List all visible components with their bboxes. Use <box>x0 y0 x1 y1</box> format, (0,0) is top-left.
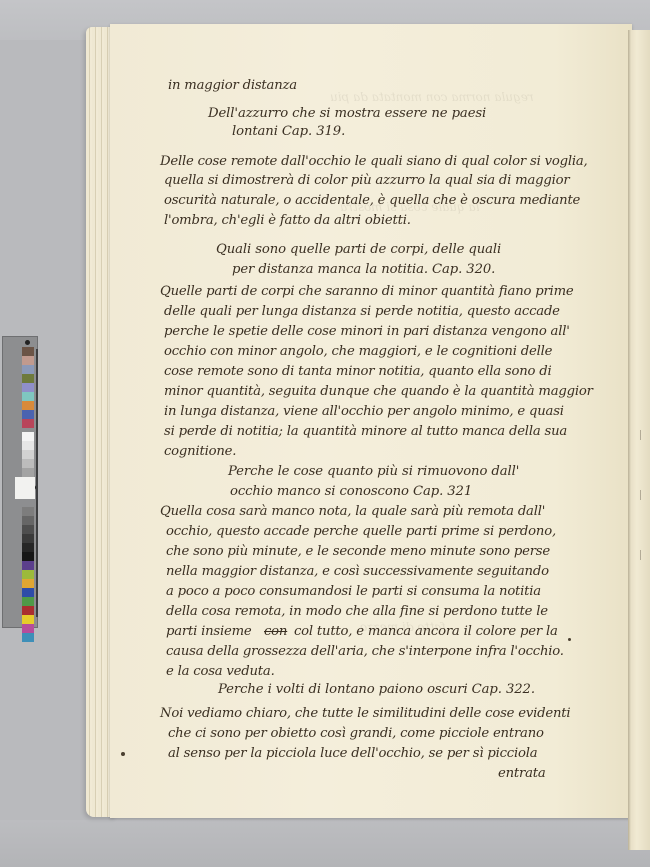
manuscript-line-body: perche le spetie delle cose minori in pa… <box>164 324 570 339</box>
calibration-swatch <box>22 570 34 579</box>
manuscript-page <box>110 24 632 818</box>
calibration-swatches-lower <box>22 507 34 642</box>
manuscript-line-heading: Dell'azzurro che si mostra essere ne pae… <box>208 106 486 121</box>
calibration-swatch <box>22 534 34 543</box>
color-calibration-target <box>2 336 38 628</box>
calibration-swatch <box>22 441 34 450</box>
calibration-swatch <box>22 552 34 561</box>
manuscript-line-body: Quella cosa sarà manco nota, la quale sa… <box>160 504 545 519</box>
calibration-swatch <box>22 633 34 642</box>
calibration-ruler <box>36 349 38 617</box>
calibration-swatch <box>22 588 34 597</box>
calibration-swatch <box>22 579 34 588</box>
manuscript-line-heading: Quali sono quelle parti de corpi, delle … <box>216 242 501 257</box>
manuscript-line-body: l'ombra, ch'egli è fatto da altri obiett… <box>164 213 411 228</box>
manuscript-line-body: col tutto, e manca ancora il colore per … <box>294 624 558 639</box>
manuscript-line-body: e la cosa veduta. <box>166 664 275 679</box>
manuscript-line-body: causa della grossezza dell'aria, che s'i… <box>166 644 564 659</box>
manuscript-line-body: parti insieme <box>166 624 252 639</box>
manuscript-line-body: cose remote sono di tanta minor notitia,… <box>164 364 552 379</box>
calibration-swatch <box>22 419 34 428</box>
calibration-swatch <box>22 401 34 410</box>
manuscript-line-body: a poco a poco consumandosi le parti si c… <box>166 584 541 599</box>
calibration-swatch <box>22 624 34 633</box>
calibration-swatch <box>22 347 34 356</box>
calibration-swatch <box>22 516 34 525</box>
calibration-swatch <box>22 374 34 383</box>
manuscript-line-body: quella si dimostrerà di color più azzurr… <box>164 173 570 188</box>
manuscript-line-heading: occhio manco si conoscono Cap. 321 <box>230 484 472 499</box>
ink-dot <box>568 638 571 641</box>
manuscript-line-body: occhio, questo accade perche quelle part… <box>166 524 556 539</box>
calibration-swatch <box>22 468 34 477</box>
manuscript-line-body: minor quantità, seguita dunque che quand… <box>164 384 593 399</box>
calibration-swatches-upper <box>22 347 34 477</box>
ink-blot <box>121 752 125 756</box>
manuscript-line-body: che sono più minute, e le seconde meno m… <box>166 544 550 559</box>
manuscript-line-heading: Perche le cose quanto più si rimuovono d… <box>228 464 519 479</box>
calibration-swatch <box>22 450 34 459</box>
calibration-swatch <box>22 432 34 441</box>
calibration-swatch <box>22 410 34 419</box>
manuscript-line-body: occhio con minor angolo, che maggiori, e… <box>164 344 552 359</box>
calibration-swatch <box>22 459 34 468</box>
scan-backdrop-bottom <box>0 820 650 867</box>
manuscript-line-struck: con <box>264 624 287 639</box>
manuscript-line-body: della cosa remota, in modo che alla fine… <box>166 604 548 619</box>
manuscript-line-heading: per distanza manca la notitia. Cap. 320. <box>232 262 495 277</box>
manuscript-line-body: Quelle parti de corpi che saranno di min… <box>160 284 574 299</box>
calibration-label-card <box>15 477 35 499</box>
calibration-swatch <box>22 365 34 374</box>
calibration-swatch <box>22 507 34 516</box>
facing-page-gutter <box>628 30 650 850</box>
calibration-swatch <box>22 525 34 534</box>
manuscript-line-catchword: entrata <box>498 766 546 781</box>
manuscript-line-body: si perde di notitia; la quantità minore … <box>164 424 567 439</box>
manuscript-line-heading: Perche i volti di lontano paiono oscuri … <box>218 682 535 697</box>
manuscript-line-body: delle quali per lunga distanza si perde … <box>164 304 560 319</box>
manuscript-line-heading: lontani Cap. 319. <box>232 124 345 139</box>
calibration-swatch <box>22 606 34 615</box>
calibration-swatch <box>22 597 34 606</box>
manuscript-line-catchline: in maggior distanza <box>168 78 297 93</box>
calibration-swatch <box>22 383 34 392</box>
manuscript-line-body: che ci sono per obietto così grandi, com… <box>168 726 544 741</box>
manuscript-line-body: in lunga distanza, viene all'occhio per … <box>164 404 564 419</box>
manuscript-line-body: Noi vediamo chiaro, che tutte le similit… <box>160 706 570 721</box>
manuscript-line-body: Delle cose remote dall'occhio le quali s… <box>160 154 588 169</box>
calibration-dot-top <box>25 340 30 345</box>
calibration-swatch <box>22 615 34 624</box>
manuscript-line-body: cognitione. <box>164 444 236 459</box>
calibration-swatch <box>22 543 34 552</box>
manuscript-line-body: oscurità naturale, o accidentale, è quel… <box>164 193 580 208</box>
manuscript-line-body: al senso per la picciola luce dell'occhi… <box>168 746 537 761</box>
calibration-swatch <box>22 356 34 365</box>
show-through-ink: regula norma con montata da piu <box>330 90 534 104</box>
manuscript-line-body: nella maggior distanza, e così successiv… <box>166 564 549 579</box>
calibration-swatch <box>22 392 34 401</box>
calibration-swatch <box>22 561 34 570</box>
